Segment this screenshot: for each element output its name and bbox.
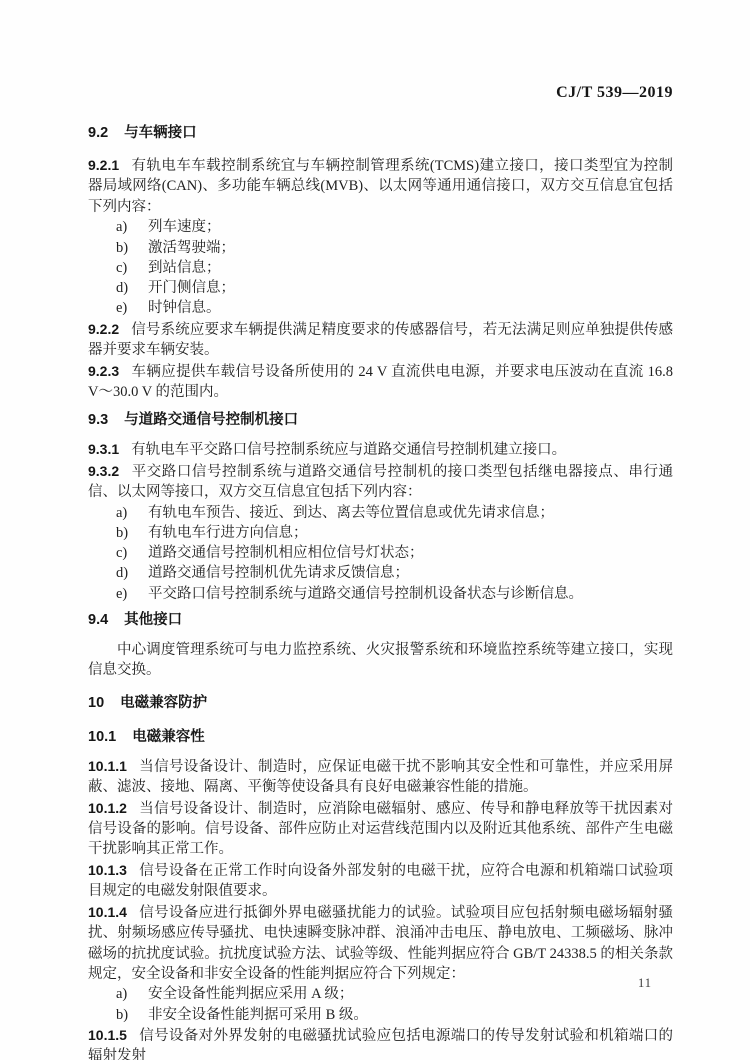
list-item: c)到站信息； [88, 258, 673, 278]
list-marker: c) [116, 543, 148, 563]
clause-number: 9.2.3 [88, 363, 119, 379]
section-heading-9-3: 9.3与道路交通信号控制机接口 [88, 412, 673, 429]
document-page: CJ/T 539—2019 9.2与车辆接口 9.2.1有轨电车车载控制系统宜与… [0, 0, 750, 1060]
list-9-3-2: a)有轨电车预告、接近、到达、离去等位置信息或优先请求信息； b)有轨电车行进方… [88, 503, 673, 604]
list-item-text: 列车速度； [148, 217, 673, 237]
clause-number: 10.1.2 [88, 800, 127, 816]
list-marker: d) [116, 278, 148, 298]
section-number: 9.2 [88, 125, 108, 141]
clause-10-1-3: 10.1.3信号设备在正常工作时向设备外部发射的电磁干扰，应符合电源和机箱端口试… [88, 860, 673, 902]
list-item-text: 道路交通信号控制机优先请求反馈信息； [148, 563, 673, 583]
list-item-text: 安全设备性能判据应采用 A 级； [148, 984, 673, 1004]
clause-text: 信号设备在正常工作时向设备外部发射的电磁干扰，应符合电源和机箱端口试验项目规定的… [88, 863, 673, 899]
section-heading-9-4: 9.4其他接口 [88, 612, 673, 629]
clause-number: 9.3.2 [88, 463, 119, 479]
clause-9-2-1: 9.2.1有轨电车车载控制系统宜与车辆控制管理系统(TCMS)建立接口，接口类型… [88, 155, 673, 217]
list-marker: b) [116, 523, 148, 543]
list-marker: a) [116, 503, 148, 523]
section-heading-10-1: 10.1电磁兼容性 [88, 729, 673, 746]
doc-code: CJ/T 539—2019 [88, 84, 673, 102]
clause-9-3-1: 9.3.1有轨电车平交路口信号控制系统应与道路交通信号控制机建立接口。 [88, 439, 673, 460]
clause-text: 有轨电车平交路口信号控制系统应与道路交通信号控制机建立接口。 [131, 442, 566, 458]
list-marker: b) [116, 238, 148, 258]
chapter-number: 10 [88, 695, 104, 711]
section-number: 9.3 [88, 412, 108, 428]
page-content: CJ/T 539—2019 9.2与车辆接口 9.2.1有轨电车车载控制系统宜与… [88, 84, 673, 1060]
list-item: d)开门侧信息； [88, 278, 673, 298]
clause-text: 当信号设备设计、制造时，应保证电磁干扰不影响其安全性和可靠性，并应采用屏蔽、滤波… [88, 759, 673, 795]
list-item: b)激活驾驶端； [88, 238, 673, 258]
clause-9-2-2: 9.2.2信号系统应要求车辆提供满足精度要求的传感器信号，若无法满足则应单独提供… [88, 319, 673, 361]
section-title: 其他接口 [124, 612, 182, 628]
clause-10-1-5: 10.1.5信号设备对外界发射的电磁骚扰试验应包括电源端口的传导发射试验和机箱端… [88, 1025, 673, 1060]
list-item-text: 道路交通信号控制机相应相位信号灯状态； [148, 543, 673, 563]
list-item: a)安全设备性能判据应采用 A 级； [88, 984, 673, 1004]
clause-9-2-3: 9.2.3车辆应提供车载信号设备所使用的 24 V 直流供电电源，并要求电压波动… [88, 361, 673, 403]
list-item: e)平交路口信号控制系统与道路交通信号控制机设备状态与诊断信息。 [88, 584, 673, 604]
list-marker: e) [116, 298, 148, 318]
list-item: a)列车速度； [88, 217, 673, 237]
section-number: 9.4 [88, 612, 108, 628]
clause-text: 当信号设备设计、制造时，应消除电磁辐射、感应、传导和静电释放等干扰因素对信号设备… [88, 801, 673, 858]
clause-9-3-2: 9.3.2平交路口信号控制系统与道路交通信号控制机的接口类型包括继电器接点、串行… [88, 461, 673, 503]
list-item-text: 激活驾驶端； [148, 238, 673, 258]
list-marker: a) [116, 984, 148, 1004]
clause-10-1-2: 10.1.2当信号设备设计、制造时，应消除电磁辐射、感应、传导和静电释放等干扰因… [88, 798, 673, 860]
clause-number: 10.1.4 [88, 904, 127, 920]
clause-text: 车辆应提供车载信号设备所使用的 24 V 直流供电电源，并要求电压波动在直流 1… [88, 364, 673, 400]
list-marker: a) [116, 217, 148, 237]
list-item: b)有轨电车行进方向信息； [88, 523, 673, 543]
clause-number: 10.1.1 [88, 758, 127, 774]
list-marker: d) [116, 563, 148, 583]
list-item: a)有轨电车预告、接近、到达、离去等位置信息或优先请求信息； [88, 503, 673, 523]
list-marker: e) [116, 584, 148, 604]
list-item-text: 非安全设备性能判据可采用 B 级。 [148, 1005, 673, 1025]
list-item-text: 有轨电车预告、接近、到达、离去等位置信息或优先请求信息； [148, 503, 673, 523]
section-title: 与车辆接口 [124, 125, 197, 141]
list-9-2-1: a)列车速度； b)激活驾驶端； c)到站信息； d)开门侧信息； e)时钟信息… [88, 217, 673, 318]
section-number: 10.1 [88, 729, 116, 745]
page-number: 11 [638, 976, 652, 991]
list-item: b)非安全设备性能判据可采用 B 级。 [88, 1005, 673, 1025]
clause-10-1-4: 10.1.4信号设备应进行抵御外界电磁骚扰能力的试验。试验项目应包括射频电磁场辐… [88, 902, 673, 985]
list-item: e)时钟信息。 [88, 298, 673, 318]
clause-number: 9.2.2 [88, 321, 119, 337]
list-item-text: 开门侧信息； [148, 278, 673, 298]
list-item-text: 有轨电车行进方向信息； [148, 523, 673, 543]
list-item-text: 平交路口信号控制系统与道路交通信号控制机设备状态与诊断信息。 [148, 584, 673, 604]
section-title: 电磁兼容性 [132, 729, 205, 745]
clause-text: 有轨电车车载控制系统宜与车辆控制管理系统(TCMS)建立接口，接口类型宜为控制器… [88, 158, 673, 215]
section-title: 与道路交通信号控制机接口 [124, 412, 298, 428]
clause-number: 9.2.1 [88, 157, 119, 173]
clause-number: 9.3.1 [88, 441, 119, 457]
paragraph-9-4: 中心调度管理系统可与电力监控系统、火灾报警系统和环境监控系统等建立接口，实现信息… [88, 640, 673, 681]
clause-text: 信号设备应进行抵御外界电磁骚扰能力的试验。试验项目应包括射频电磁场辐射骚扰、射频… [88, 905, 673, 982]
clause-number: 10.1.5 [88, 1027, 127, 1043]
chapter-title: 电磁兼容防护 [120, 695, 207, 711]
clause-10-1-1: 10.1.1当信号设备设计、制造时，应保证电磁干扰不影响其安全性和可靠性，并应采… [88, 756, 673, 798]
list-item: d)道路交通信号控制机优先请求反馈信息； [88, 563, 673, 583]
list-item: c)道路交通信号控制机相应相位信号灯状态； [88, 543, 673, 563]
list-marker: c) [116, 258, 148, 278]
list-item-text: 时钟信息。 [148, 298, 673, 318]
list-10-1-4: a)安全设备性能判据应采用 A 级； b)非安全设备性能判据可采用 B 级。 [88, 984, 673, 1025]
list-marker: b) [116, 1005, 148, 1025]
clause-text: 信号系统应要求车辆提供满足精度要求的传感器信号，若无法满足则应单独提供传感器并要… [88, 322, 673, 358]
section-heading-9-2: 9.2与车辆接口 [88, 125, 673, 142]
list-item-text: 到站信息； [148, 258, 673, 278]
clause-number: 10.1.3 [88, 862, 127, 878]
clause-text: 信号设备对外界发射的电磁骚扰试验应包括电源端口的传导发射试验和机箱端口的辐射发射 [88, 1028, 673, 1060]
chapter-heading-10: 10电磁兼容防护 [88, 695, 673, 712]
clause-text: 平交路口信号控制系统与道路交通信号控制机的接口类型包括继电器接点、串行通信、以太… [88, 464, 673, 500]
